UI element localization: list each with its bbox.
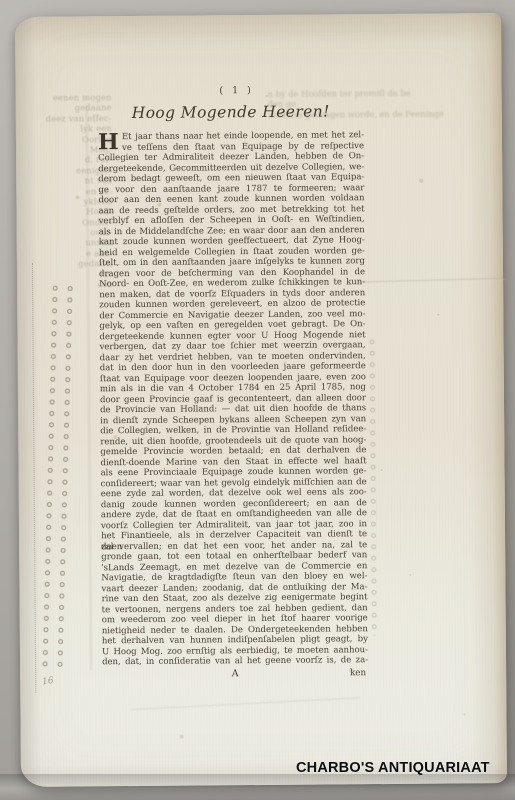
text-line: den, dat, in conſideratie van al het gee…	[102, 655, 368, 668]
page-number: ( 1 )	[98, 84, 364, 104]
paper-sheet: eenen mogen wor-gedaane Petitiendeez van…	[15, 13, 507, 787]
signature-letter: A	[102, 667, 368, 680]
crease-line	[357, 278, 507, 284]
stitch-dotted-line	[32, 263, 36, 693]
foxing-specks	[15, 17, 17, 19]
body-text: H Et jaar thans naar het einde loopende,…	[98, 130, 368, 668]
drop-cap: H	[98, 132, 119, 152]
crease-line	[130, 697, 360, 711]
show-through-rings-left	[37, 282, 77, 671]
signature-row: A ken	[102, 667, 368, 683]
body-lines: Et jaar thans naar het einde loopende, e…	[98, 130, 368, 668]
catchword: ken	[350, 668, 366, 678]
pencil-note: 16	[42, 676, 55, 688]
photo-background: eenen mogen wor-gedaane Petitiendeez van…	[0, 0, 515, 800]
bookseller-watermark: CHARBO'S ANTIQUARIAAT	[296, 760, 490, 776]
page-heading: Hoog Mogende Heeren!	[98, 102, 364, 132]
printed-text-block: ( 1 ) Hoog Mogende Heeren! H Et jaar tha…	[98, 84, 369, 683]
